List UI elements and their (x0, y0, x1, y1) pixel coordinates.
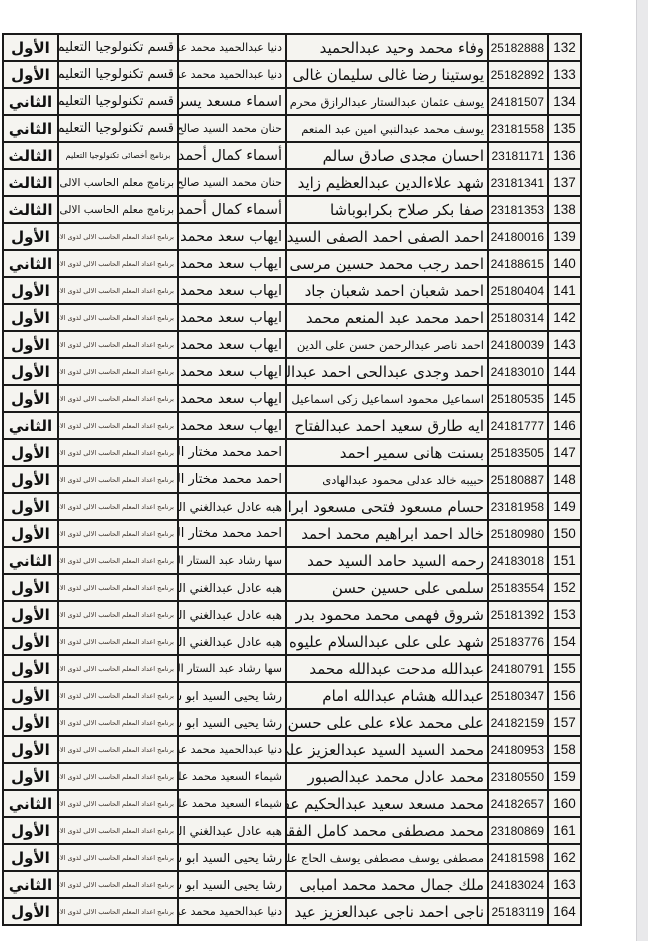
program-cell: برنامج اعداد المعلم الحاسب الالى لذوى ال… (58, 601, 178, 628)
serial-cell: 159 (548, 763, 581, 790)
program-cell: برنامج اعداد المعلم الحاسب الالى لذوى ال… (58, 412, 178, 439)
student-name-cell: محمد السيد السيد عبدالعزيز على (286, 736, 488, 763)
student-name-cell: اسماعيل محمود اسماعيل زكى اسماعيل (286, 385, 488, 412)
level-cell: الأول (3, 574, 58, 601)
table-row: 157 24182159 على محمد علاء على على حسن ر… (3, 709, 581, 736)
student-name-cell: سلمى على حسين حسن (286, 574, 488, 601)
program-cell: برنامج اعداد المعلم الحاسب الالى لذوى ال… (58, 898, 178, 925)
table-row: 147 25183505 بسنت هانى سمير احمد احمد مح… (3, 439, 581, 466)
student-name-cell: رحمه السيد حامد السيد حمد (286, 547, 488, 574)
student-name-cell: عبدالله مدحت عبدالله محمد (286, 655, 488, 682)
table-row: 134 24181507 يوسف عثمان عبدالستار عبدالر… (3, 88, 581, 115)
serial-cell: 148 (548, 466, 581, 493)
student-name-cell: على محمد علاء على على حسن (286, 709, 488, 736)
table-row: 155 24180791 عبدالله مدحت عبدالله محمد س… (3, 655, 581, 682)
student-name-cell: شهد على على عبدالسلام عليوه (286, 628, 488, 655)
program-cell: برنامج اعداد المعلم الحاسب الالى لذوى ال… (58, 358, 178, 385)
program-cell: برنامج معلم الحاسب الالى (58, 196, 178, 223)
student-name-cell: حبيبه خالد عدلى محمود عبدالهادى (286, 466, 488, 493)
supervisor-cell: ايهاب سعد محمدى (178, 223, 286, 250)
student-id-cell: 23181171 (488, 142, 548, 169)
serial-cell: 133 (548, 61, 581, 88)
program-cell: قسم تكنولوجيا التعليم (58, 61, 178, 88)
student-name-cell: محمد عادل محمد عبدالصبور (286, 763, 488, 790)
serial-cell: 137 (548, 169, 581, 196)
student-name-cell: يوسف محمد عبدالنبي امين عبد المنعم (286, 115, 488, 142)
program-cell: برنامج اعداد المعلم الحاسب الالى لذوى ال… (58, 709, 178, 736)
table-row: 164 25183119 ناجى احمد ناجى عبدالعزيز عي… (3, 898, 581, 925)
student-id-cell: 23180869 (488, 817, 548, 844)
level-cell: الأول (3, 223, 58, 250)
supervisor-cell: رشا يحيى السيد ابو سقاية (178, 844, 286, 871)
table-row: 141 25180404 احمد شعبان احمد شعبان جاد ا… (3, 277, 581, 304)
student-name-cell: بسنت هانى سمير احمد (286, 439, 488, 466)
table-row: 133 25182892 يوستينا رضا غالى سليمان غال… (3, 61, 581, 88)
table-row: 151 24183018 رحمه السيد حامد السيد حمد س… (3, 547, 581, 574)
level-cell: الثاني (3, 871, 58, 898)
level-cell: الأول (3, 304, 58, 331)
supervisor-cell: دنيا عبدالحميد محمد عبدالحميد (178, 898, 286, 925)
student-id-cell: 25183119 (488, 898, 548, 925)
serial-cell: 139 (548, 223, 581, 250)
student-id-cell: 25180314 (488, 304, 548, 331)
table-row: 158 24180953 محمد السيد السيد عبدالعزيز … (3, 736, 581, 763)
level-cell: الأول (3, 466, 58, 493)
student-id-cell: 25180535 (488, 385, 548, 412)
program-cell: برنامج اعداد المعلم الحاسب الالى لذوى ال… (58, 439, 178, 466)
level-cell: الأول (3, 655, 58, 682)
level-cell: الأول (3, 844, 58, 871)
level-cell: الثاني (3, 790, 58, 817)
supervisor-cell: ايهاب سعد محمدى (178, 277, 286, 304)
student-id-cell: 25182892 (488, 61, 548, 88)
program-cell: برنامج اعداد المعلم الحاسب الالى لذوى ال… (58, 790, 178, 817)
table-row: 135 23181558 يوسف محمد عبدالنبي امين عبد… (3, 115, 581, 142)
table-row: 162 24181598 مصطفى يوسف مصطفى يوسف الحاج… (3, 844, 581, 871)
student-id-cell: 24181777 (488, 412, 548, 439)
scrollbar-track[interactable] (636, 0, 648, 941)
supervisor-cell: ايهاب سعد محمدى (178, 385, 286, 412)
serial-cell: 154 (548, 628, 581, 655)
serial-cell: 158 (548, 736, 581, 763)
student-name-cell: ناجى احمد ناجى عبدالعزيز عيد (286, 898, 488, 925)
table-row: 156 25180347 عبدالله هشام عبدالله امام ر… (3, 682, 581, 709)
program-cell: برنامج اعداد المعلم الحاسب الالى لذوى ال… (58, 385, 178, 412)
student-name-cell: يوسف عثمان عبدالستار عبدالرازق محرم (286, 88, 488, 115)
student-name-cell: ملك جمال محمد محمد امبابى (286, 871, 488, 898)
student-name-cell: احمد وجدى عبدالحى احمد عبدالحى (286, 358, 488, 385)
student-name-cell: صفا بكر صلاح بكرابوباشا (286, 196, 488, 223)
supervisor-cell: شيماء السعيد محمد على البربري (178, 790, 286, 817)
serial-cell: 141 (548, 277, 581, 304)
program-cell: برنامج اعداد المعلم الحاسب الالى لذوى ال… (58, 223, 178, 250)
level-cell: الأول (3, 763, 58, 790)
supervisor-cell: هبه عادل عبدالغني الجندي (178, 601, 286, 628)
serial-cell: 147 (548, 439, 581, 466)
supervisor-cell: ايهاب سعد محمدى (178, 250, 286, 277)
student-id-cell: 25180887 (488, 466, 548, 493)
serial-cell: 153 (548, 601, 581, 628)
level-cell: الثالث (3, 169, 58, 196)
serial-cell: 161 (548, 817, 581, 844)
level-cell: الأول (3, 331, 58, 358)
supervisor-cell: دنيا عبدالحميد محمد عبدالحميد (178, 736, 286, 763)
student-name-cell: احمد ناصر عبدالرحمن حسن على الدين (286, 331, 488, 358)
level-cell: الثالث (3, 142, 58, 169)
serial-cell: 155 (548, 655, 581, 682)
serial-cell: 132 (548, 34, 581, 61)
student-id-cell: 23181341 (488, 169, 548, 196)
supervisor-cell: سها رشاد عبد الستار الباجوري (178, 547, 286, 574)
supervisor-cell: هبه عادل عبدالغني الجندي (178, 628, 286, 655)
serial-cell: 145 (548, 385, 581, 412)
table-row: 143 24180039 احمد ناصر عبدالرحمن حسن على… (3, 331, 581, 358)
serial-cell: 156 (548, 682, 581, 709)
table-row: 150 25180980 خالد احمد ابراهيم محمد احمد… (3, 520, 581, 547)
student-id-cell: 23180550 (488, 763, 548, 790)
supervisor-cell: رشا يحيى السيد ابو سقاية (178, 709, 286, 736)
serial-cell: 136 (548, 142, 581, 169)
serial-cell: 150 (548, 520, 581, 547)
program-cell: قسم تكنولوجيا التعليم (58, 115, 178, 142)
serial-cell: 146 (548, 412, 581, 439)
program-cell: برنامج اعداد المعلم الحاسب الالى لذوى ال… (58, 736, 178, 763)
student-id-cell: 24180016 (488, 223, 548, 250)
program-cell: برنامج اعداد المعلم الحاسب الالى لذوى ال… (58, 331, 178, 358)
table-row: 161 23180869 محمد مصطفى محمد كامل الفقى … (3, 817, 581, 844)
level-cell: الثاني (3, 115, 58, 142)
table-row: 140 24188615 احمد رجب محمد حسين مرسى ايه… (3, 250, 581, 277)
table-row: 152 25183554 سلمى على حسين حسن هبه عادل … (3, 574, 581, 601)
student-name-cell: احمد محمد عبد المنعم محمد (286, 304, 488, 331)
level-cell: الثاني (3, 412, 58, 439)
supervisor-cell: اسماء مسعد يسن محمد (178, 88, 286, 115)
supervisor-cell: ايهاب سعد محمدى (178, 358, 286, 385)
serial-cell: 143 (548, 331, 581, 358)
table-row: 139 24180016 احمد الصفى احمد الصفى السيد… (3, 223, 581, 250)
supervisor-cell: ايهاب سعد محمدى (178, 412, 286, 439)
level-cell: الأول (3, 601, 58, 628)
student-id-cell: 25180347 (488, 682, 548, 709)
student-name-cell: محمد مصطفى محمد كامل الفقى (286, 817, 488, 844)
student-name-cell: شهد علاءالدين عبدالعظيم زايد (286, 169, 488, 196)
table-row: 144 24183010 احمد وجدى عبدالحى احمد عبدا… (3, 358, 581, 385)
document-page: 132 25182888 وفاء محمد وحيد عبدالحميد دن… (0, 0, 648, 941)
student-id-cell: 24183018 (488, 547, 548, 574)
program-cell: برنامج اعداد المعلم الحاسب الالى لذوى ال… (58, 844, 178, 871)
supervisor-cell: رشا يحيى السيد ابو سقاية (178, 682, 286, 709)
table-row: 137 23181341 شهد علاءالدين عبدالعظيم زاي… (3, 169, 581, 196)
serial-cell: 162 (548, 844, 581, 871)
supervisor-cell: ايهاب سعد محمدى (178, 304, 286, 331)
level-cell: الأول (3, 682, 58, 709)
student-name-cell: وفاء محمد وحيد عبدالحميد (286, 34, 488, 61)
level-cell: الأول (3, 736, 58, 763)
student-table-body: 132 25182888 وفاء محمد وحيد عبدالحميد دن… (3, 34, 581, 925)
table-row: 154 25183776 شهد على على عبدالسلام عليوه… (3, 628, 581, 655)
serial-cell: 144 (548, 358, 581, 385)
student-id-cell: 25183554 (488, 574, 548, 601)
table-row: 149 23181958 حسام مسعود فتحى مسعود ابراه… (3, 493, 581, 520)
supervisor-cell: احمد محمد مختار الجندي (178, 439, 286, 466)
serial-cell: 138 (548, 196, 581, 223)
supervisor-cell: أسماء كمال أحمد فهمى (178, 196, 286, 223)
student-id-cell: 24188615 (488, 250, 548, 277)
supervisor-cell: احمد محمد مختار الجندي (178, 520, 286, 547)
student-name-cell: يوستينا رضا غالى سليمان غالى (286, 61, 488, 88)
student-name-cell: شروق فهمى محمد محمود بدر (286, 601, 488, 628)
student-id-cell: 24182159 (488, 709, 548, 736)
program-cell: برنامج اعداد المعلم الحاسب الالى لذوى ال… (58, 277, 178, 304)
level-cell: الأول (3, 358, 58, 385)
supervisor-cell: احمد محمد مختار الجندي (178, 466, 286, 493)
supervisor-cell: حنان محمد السيد صالح عمار (178, 115, 286, 142)
student-name-cell: ايه طارق سعيد احمد عبدالفتاح (286, 412, 488, 439)
student-name-cell: احمد شعبان احمد شعبان جاد (286, 277, 488, 304)
serial-cell: 151 (548, 547, 581, 574)
student-id-cell: 24183010 (488, 358, 548, 385)
program-cell: برنامج اعداد المعلم الحاسب الالى لذوى ال… (58, 466, 178, 493)
program-cell: برنامج اعداد المعلم الحاسب الالى لذوى ال… (58, 574, 178, 601)
student-name-cell: احمد رجب محمد حسين مرسى (286, 250, 488, 277)
level-cell: الأول (3, 520, 58, 547)
table-row: 138 23181353 صفا بكر صلاح بكرابوباشا أسم… (3, 196, 581, 223)
level-cell: الأول (3, 439, 58, 466)
level-cell: الأول (3, 709, 58, 736)
table-row: 159 23180550 محمد عادل محمد عبدالصبور شي… (3, 763, 581, 790)
serial-cell: 149 (548, 493, 581, 520)
student-id-cell: 25180980 (488, 520, 548, 547)
student-name-cell: مصطفى يوسف مصطفى يوسف الحاج على (286, 844, 488, 871)
supervisor-cell: دنيا عبدالحميد محمد عبدالحميد (178, 34, 286, 61)
supervisor-cell: أسماء كمال أحمد فهمى (178, 142, 286, 169)
program-cell: برنامج اعداد المعلم الحاسب الالى لذوى ال… (58, 304, 178, 331)
table-row: 136 23181171 احسان مجدى صادق سالم أسماء … (3, 142, 581, 169)
serial-cell: 135 (548, 115, 581, 142)
program-cell: برنامج اعداد المعلم الحاسب الالى لذوى ال… (58, 682, 178, 709)
program-cell: برنامج معلم الحاسب الالى (58, 169, 178, 196)
table-row: 153 25181392 شروق فهمى محمد محمود بدر هب… (3, 601, 581, 628)
serial-cell: 160 (548, 790, 581, 817)
supervisor-cell: حنان محمد السيد صالح عمار (178, 169, 286, 196)
level-cell: الأول (3, 628, 58, 655)
level-cell: الأول (3, 385, 58, 412)
serial-cell: 142 (548, 304, 581, 331)
supervisor-cell: رشا يحيى السيد ابو سقاية (178, 871, 286, 898)
student-id-cell: 24180039 (488, 331, 548, 358)
level-cell: الأول (3, 277, 58, 304)
supervisor-cell: هبه عادل عبدالغني الجندي (178, 574, 286, 601)
program-cell: برنامج اعداد المعلم الحاسب الالى لذوى ال… (58, 817, 178, 844)
serial-cell: 157 (548, 709, 581, 736)
program-cell: برنامج اعداد المعلم الحاسب الالى لذوى ال… (58, 871, 178, 898)
program-cell: برنامج اعداد المعلم الحاسب الالى لذوى ال… (58, 520, 178, 547)
supervisor-cell: شيماء السعيد محمد على البربري (178, 763, 286, 790)
program-cell: برنامج اعداد المعلم الحاسب الالى لذوى ال… (58, 628, 178, 655)
serial-cell: 164 (548, 898, 581, 925)
table-row: 142 25180314 احمد محمد عبد المنعم محمد ا… (3, 304, 581, 331)
serial-cell: 140 (548, 250, 581, 277)
level-cell: الثالث (3, 196, 58, 223)
level-cell: الثاني (3, 88, 58, 115)
student-id-cell: 25182888 (488, 34, 548, 61)
program-cell: قسم تكنولوجيا التعليم (58, 88, 178, 115)
student-id-cell: 24180953 (488, 736, 548, 763)
student-id-cell: 23181958 (488, 493, 548, 520)
student-name-cell: احسان مجدى صادق سالم (286, 142, 488, 169)
supervisor-cell: هبه عادل عبدالغني الجندي (178, 817, 286, 844)
student-name-cell: خالد احمد ابراهيم محمد احمد (286, 520, 488, 547)
supervisor-cell: ايهاب سعد محمدى (178, 331, 286, 358)
student-id-cell: 25183505 (488, 439, 548, 466)
level-cell: الأول (3, 493, 58, 520)
supervisor-cell: دنيا عبدالحميد محمد عبدالحميد (178, 61, 286, 88)
serial-cell: 163 (548, 871, 581, 898)
serial-cell: 152 (548, 574, 581, 601)
level-cell: الأول (3, 34, 58, 61)
student-id-cell: 23181558 (488, 115, 548, 142)
level-cell: الأول (3, 61, 58, 88)
table-row: 163 24183024 ملك جمال محمد محمد امبابى ر… (3, 871, 581, 898)
program-cell: برنامج اعداد المعلم الحاسب الالى لذوى ال… (58, 547, 178, 574)
student-id-cell: 24183024 (488, 871, 548, 898)
student-id-cell: 24181598 (488, 844, 548, 871)
table-row: 148 25180887 حبيبه خالد عدلى محمود عبدال… (3, 466, 581, 493)
level-cell: الثاني (3, 547, 58, 574)
table-row: 132 25182888 وفاء محمد وحيد عبدالحميد دن… (3, 34, 581, 61)
student-name-cell: حسام مسعود فتحى مسعود ابراهيم (286, 493, 488, 520)
student-name-cell: احمد الصفى احمد الصفى السيد (286, 223, 488, 250)
student-id-cell: 25180404 (488, 277, 548, 304)
student-id-cell: 25181392 (488, 601, 548, 628)
student-id-cell: 24182657 (488, 790, 548, 817)
student-id-cell: 24180791 (488, 655, 548, 682)
table-row: 145 25180535 اسماعيل محمود اسماعيل زكى ا… (3, 385, 581, 412)
student-id-cell: 23181353 (488, 196, 548, 223)
program-cell: برنامج اعداد المعلم الحاسب الالى لذوى ال… (58, 250, 178, 277)
student-id-cell: 25183776 (488, 628, 548, 655)
level-cell: الثاني (3, 250, 58, 277)
student-name-cell: عبدالله هشام عبدالله امام (286, 682, 488, 709)
program-cell: برنامج أخصائى تكنولوجيا التعليم (58, 142, 178, 169)
level-cell: الأول (3, 898, 58, 925)
program-cell: برنامج اعداد المعلم الحاسب الالى لذوى ال… (58, 763, 178, 790)
level-cell: الأول (3, 817, 58, 844)
student-id-cell: 24181507 (488, 88, 548, 115)
table-row: 160 24182657 محمد مسعد سعيد عبدالحكيم عف… (3, 790, 581, 817)
table-row: 146 24181777 ايه طارق سعيد احمد عبدالفتا… (3, 412, 581, 439)
serial-cell: 134 (548, 88, 581, 115)
program-cell: قسم تكنولوجيا التعليم (58, 34, 178, 61)
program-cell: برنامج اعداد المعلم الحاسب الالى لذوى ال… (58, 493, 178, 520)
supervisor-cell: سها رشاد عبد الستار الباجوري (178, 655, 286, 682)
program-cell: برنامج اعداد المعلم الحاسب الالى لذوى ال… (58, 655, 178, 682)
supervisor-cell: هبه عادل عبدالغني الجندي (178, 493, 286, 520)
student-table: 132 25182888 وفاء محمد وحيد عبدالحميد دن… (2, 33, 582, 926)
student-name-cell: محمد مسعد سعيد عبدالحكيم عفيفى (286, 790, 488, 817)
